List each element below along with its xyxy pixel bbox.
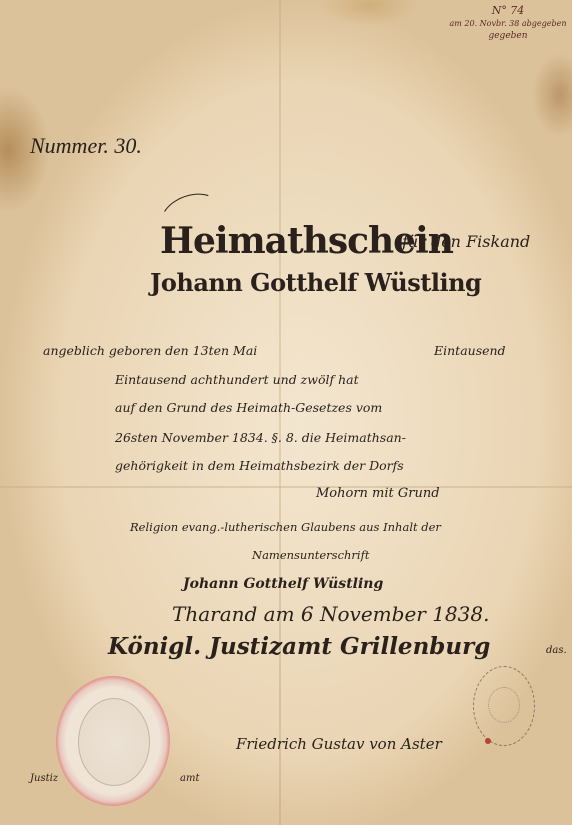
corner-note: N° 74 am 20. Novbr. 38 abgegeben gegeben — [448, 4, 568, 43]
body-line-5: gehörigkeit in dem Heimathsbezirk der Do… — [115, 458, 404, 473]
corner-note-date: am 20. Novbr. 38 abgegeben — [448, 17, 568, 30]
seal-caption-right: amt — [180, 773, 199, 784]
stamp-center — [488, 687, 520, 723]
document-number: Nummer. 30. — [30, 133, 142, 159]
ink-stamp — [473, 666, 535, 746]
title-continuation: für den Fiskand — [402, 232, 530, 251]
body-line-7: Religion evang.-lutherischen Glaubens au… — [130, 520, 441, 534]
issuing-office: Königl. Justizamt Grillenburg — [108, 633, 490, 660]
seal-emboss — [78, 698, 150, 786]
body-line-2: Eintausend achthundert und zwölf hat — [115, 372, 359, 387]
holder-signature: Johann Gotthelf Wüstling — [183, 576, 383, 592]
body-line-6: Mohorn mit Grund — [316, 486, 440, 501]
body-line-1-right: Eintausend — [434, 343, 506, 358]
red-ink-spot — [485, 738, 491, 744]
corner-note-number: N° 74 — [448, 4, 568, 17]
body-line-8: Namensunterschrift — [252, 548, 369, 562]
subject-name: Johann Gotthelf Wüstling — [150, 268, 481, 297]
body-line-3: auf den Grund des Heimath-Gesetzes vom — [115, 400, 382, 415]
office-suffix: das. — [546, 645, 567, 656]
horizontal-fold-line — [0, 486, 572, 488]
body-line-4: 26sten November 1834. §. 8. die Heimaths… — [115, 430, 406, 445]
seal-caption-left: Justiz — [30, 773, 58, 784]
wax-seal — [56, 676, 170, 806]
official-signature: Friedrich Gustav von Aster — [236, 735, 442, 753]
body-line-1: angeblich geboren den 13ten Mai — [43, 343, 257, 358]
corner-note-given: gegeben — [448, 30, 568, 43]
place-date: Tharand am 6 November 1838. — [172, 602, 489, 626]
